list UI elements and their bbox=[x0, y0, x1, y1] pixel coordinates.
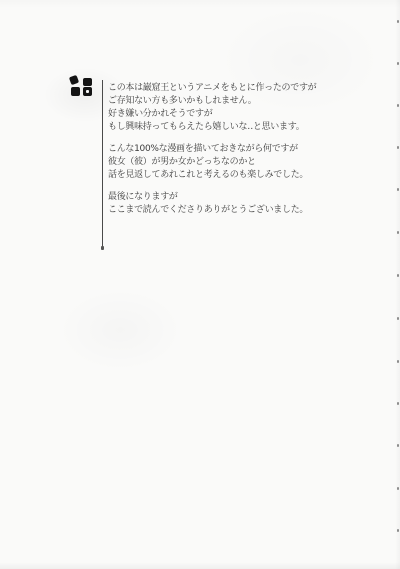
scan-speck bbox=[397, 62, 399, 65]
afterword-paragraph-2: こんな100%な漫画を描いておきながら何ですが 彼女（彼）が男か女かどっちなのか… bbox=[108, 143, 338, 182]
text-line: 話を見返してあれこれと考えるのも楽しみでした。 bbox=[108, 169, 338, 182]
text-line: この本は巌窟王というアニメをもとに作ったのですが bbox=[108, 82, 338, 95]
afterword-text: この本は巌窟王というアニメをもとに作ったのですが ご存知ない方も多いかもしれませ… bbox=[108, 82, 338, 226]
text-line: ご存知ない方も多いかもしれません。 bbox=[108, 95, 338, 108]
squares-cluster-icon bbox=[69, 75, 96, 100]
square-bottom-right bbox=[83, 87, 92, 96]
text-line: もし興味持ってもらえたら嬉しいな‥と思います。 bbox=[108, 121, 338, 134]
square-bottom-left bbox=[71, 87, 80, 96]
scan-speck bbox=[397, 274, 399, 277]
text-line: 好き嫌い分かれそうですが bbox=[108, 108, 338, 121]
scan-speck bbox=[397, 231, 399, 234]
scan-speck bbox=[397, 146, 399, 149]
square-tilted bbox=[69, 75, 79, 85]
square-hole bbox=[86, 90, 89, 93]
scan-speck bbox=[397, 487, 399, 490]
scan-speck bbox=[397, 317, 399, 320]
scan-speck bbox=[397, 444, 399, 447]
afterword-paragraph-1: この本は巌窟王というアニメをもとに作ったのですが ご存知ない方も多いかもしれませ… bbox=[108, 82, 338, 134]
scan-speck bbox=[397, 402, 399, 405]
text-line: 彼女（彼）が男か女かどっちなのかと bbox=[108, 156, 338, 169]
vertical-divider bbox=[102, 80, 103, 247]
text-line: ここまで読んでくださりありがとうございました。 bbox=[108, 204, 338, 217]
square-top-right bbox=[83, 78, 92, 86]
scan-speck bbox=[397, 104, 399, 107]
scan-speck bbox=[397, 360, 399, 363]
scan-speck bbox=[397, 188, 399, 191]
text-line: 最後になりますが bbox=[108, 191, 338, 204]
scanned-page: この本は巌窟王というアニメをもとに作ったのですが ご存知ない方も多いかもしれませ… bbox=[0, 0, 400, 569]
text-line: こんな100%な漫画を描いておきながら何ですが bbox=[108, 143, 338, 156]
scan-speck bbox=[397, 20, 399, 23]
scan-speck bbox=[397, 529, 399, 532]
afterword-paragraph-3: 最後になりますが ここまで読んでくださりありがとうございました。 bbox=[108, 191, 338, 217]
